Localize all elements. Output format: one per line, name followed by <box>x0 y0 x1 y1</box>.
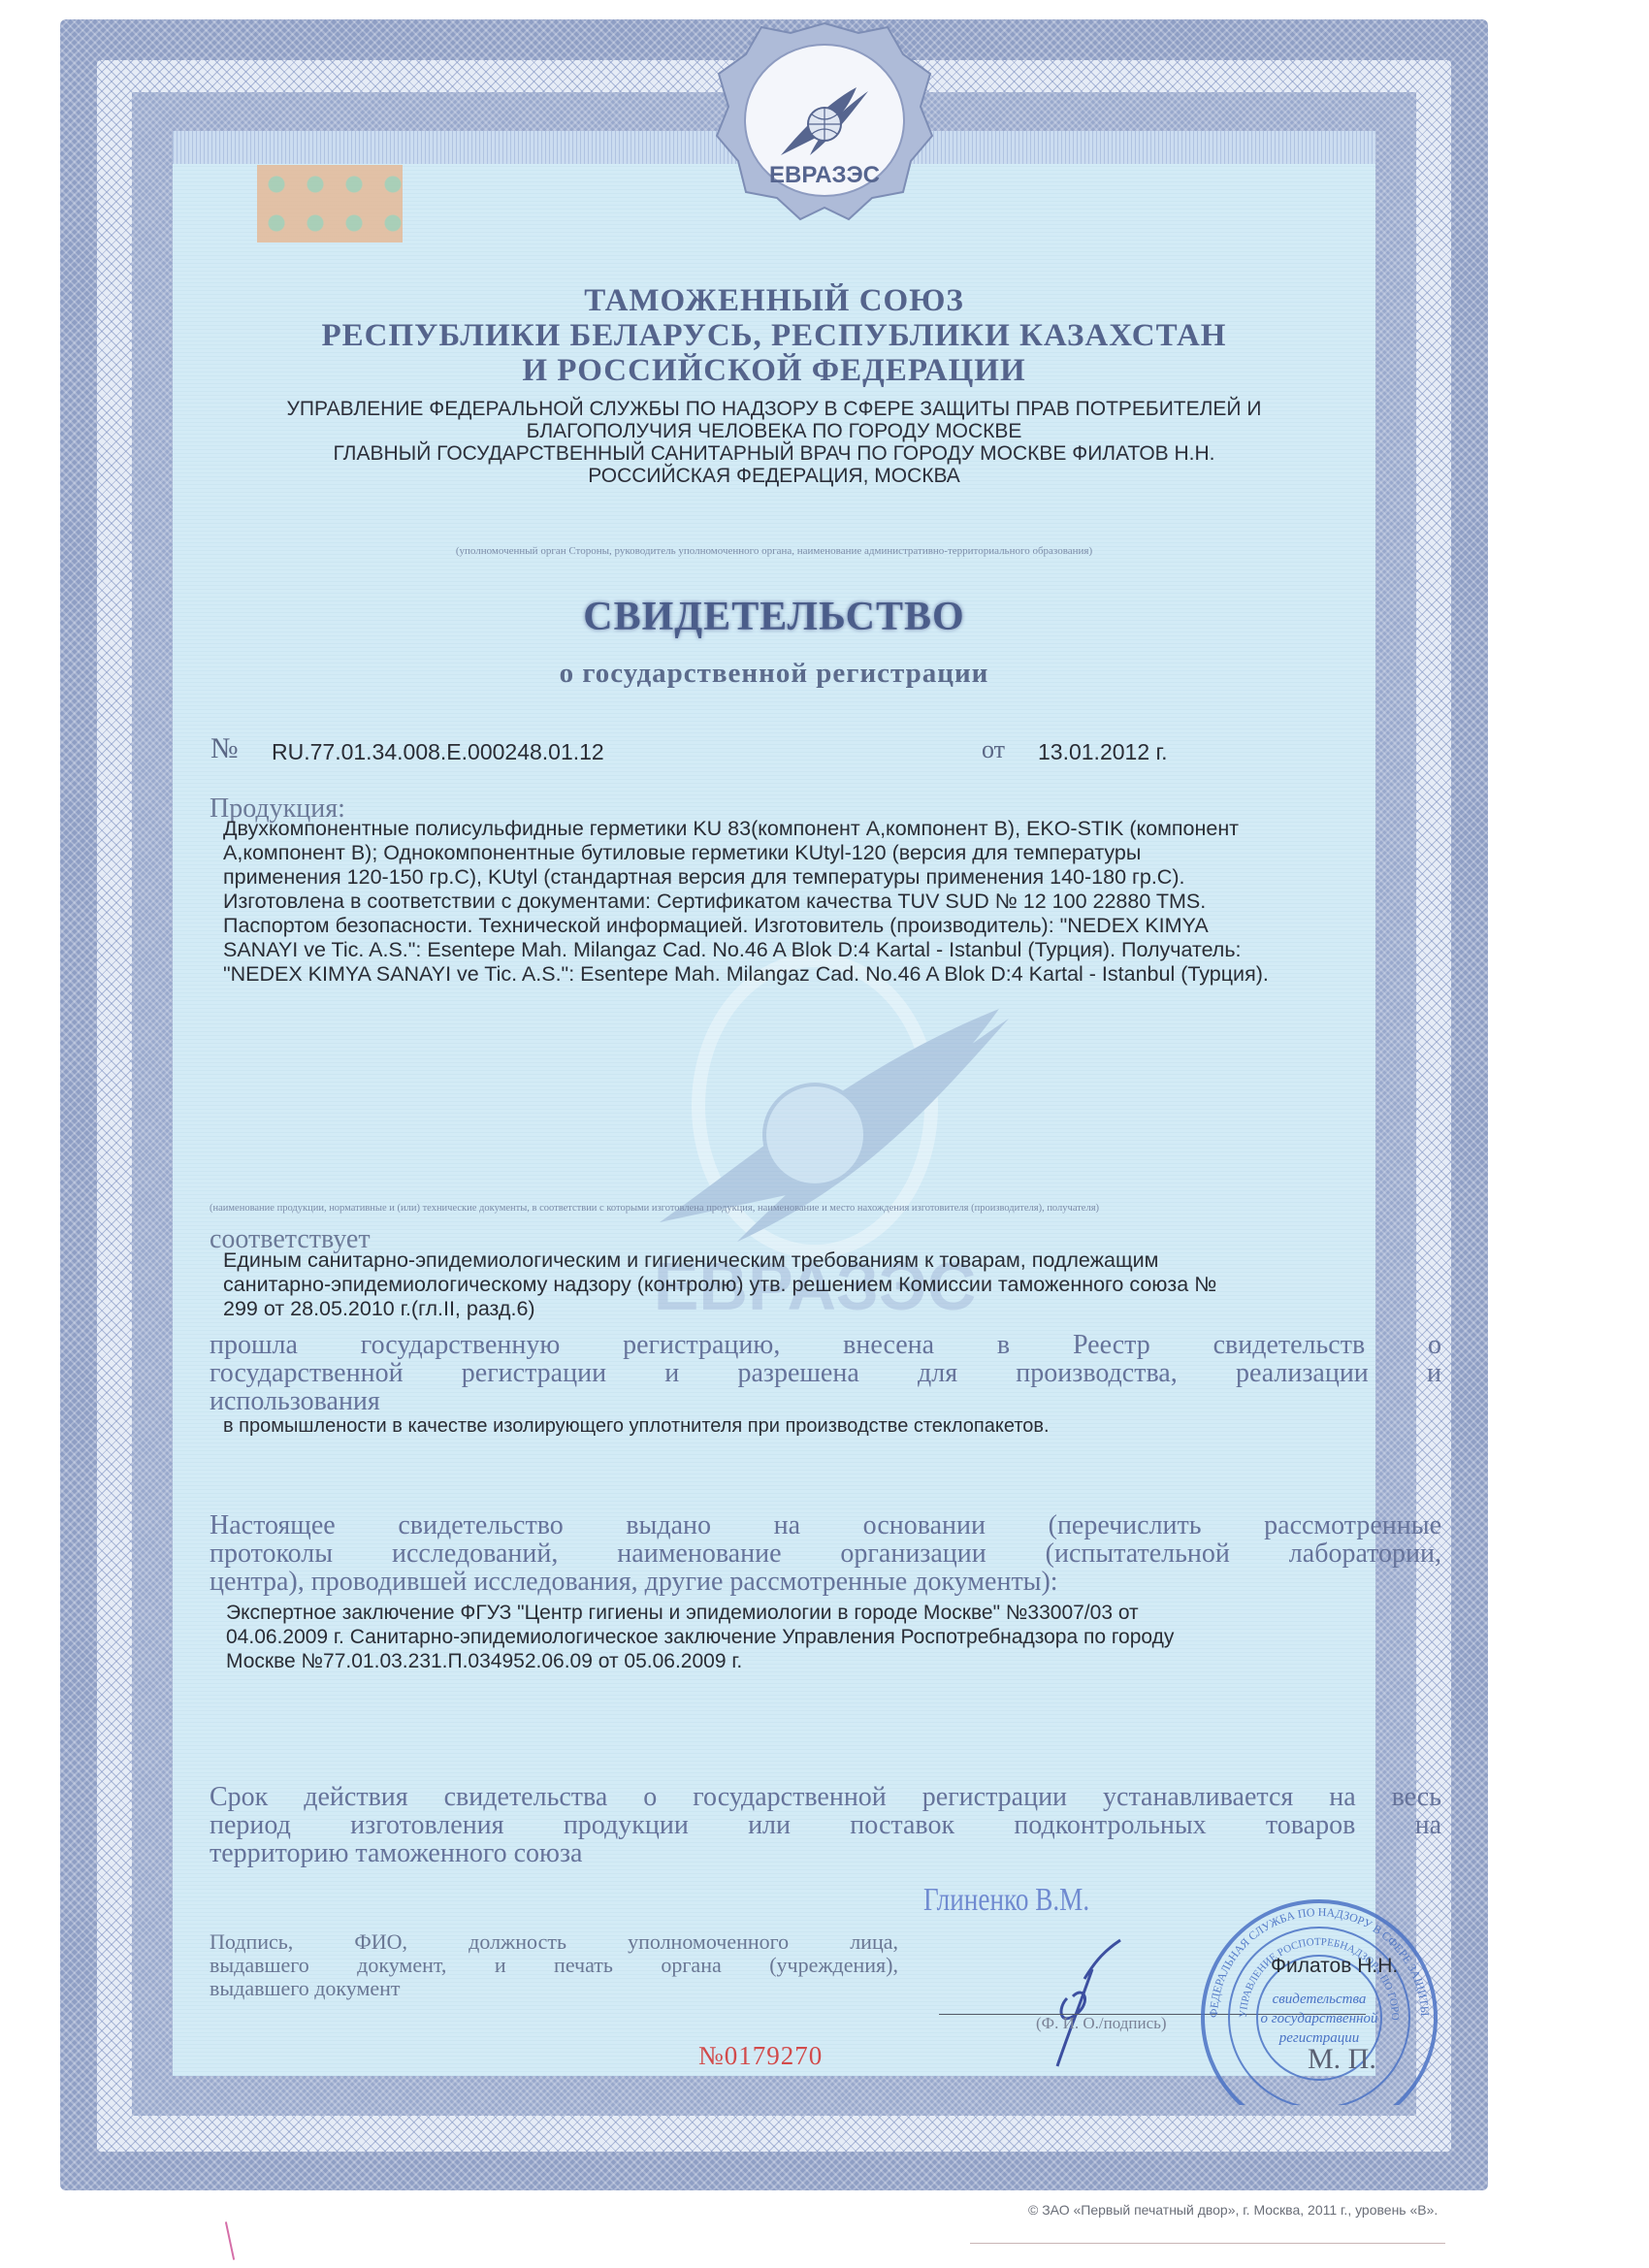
basis-document-line: Экспертное заключение ФГУЗ "Центр гигиен… <box>226 1601 1487 1625</box>
signature-label-line: выдавшего документ <box>210 1977 898 2000</box>
basis-document-line: Москве №77.01.03.231.П.034952.06.09 от 0… <box>226 1649 1487 1673</box>
authority-hint: (уполномоченный орган Стороны, руководит… <box>173 545 1375 557</box>
basis-line: Настоящее свидетельство выдано на основа… <box>210 1511 1441 1539</box>
issuing-authority: УПРАВЛЕНИЕ ФЕДЕРАЛЬНОЙ СЛУЖБЫ ПО НАДЗОРУ… <box>173 398 1375 487</box>
product-line: Паспортом безопасности. Технической инфо… <box>223 914 1484 938</box>
basis-statement: Настоящее свидетельство выдано на основа… <box>210 1511 1441 1596</box>
fio-hint: (Ф. И. О./подпись) <box>1036 2014 1167 2033</box>
compliance-text: Единым санитарно-эпидемиологическим и ги… <box>223 1248 1484 1321</box>
product-line: SANAYI ve Tic. A.S.": Esentepe Mah. Mila… <box>223 938 1484 962</box>
basis-document-line: 04.06.2009 г. Санитарно-эпидемиологическ… <box>226 1625 1487 1649</box>
registration-line: государственной регистрации и разрешена … <box>210 1359 1441 1387</box>
number-sign: № <box>210 732 239 765</box>
customs-union-heading: ТАМОЖЕННЫЙ СОЮЗ РЕСПУБЛИКИ БЕЛАРУСЬ, РЕС… <box>173 283 1375 388</box>
product-line: Двухкомпонентные полисульфидные герметик… <box>223 817 1484 841</box>
heading-line: И РОССИЙСКОЙ ФЕДЕРАЦИИ <box>173 353 1375 388</box>
eurasec-emblem-icon: ЕВРАЗЭС <box>713 19 936 223</box>
signer-name: Филатов Н.Н. <box>1271 1955 1398 1978</box>
pen-mark <box>225 2221 235 2260</box>
hologram-sticker <box>257 165 403 243</box>
seal-place: М. П. <box>1308 2043 1376 2076</box>
registration-line: прошла государственную регистрацию, внес… <box>210 1331 1441 1359</box>
validity-line: период изготовления продукции или постав… <box>210 1811 1441 1839</box>
certificate-number: RU.77.01.34.008.E.000248.01.12 <box>272 739 604 765</box>
authority-line: БЛАГОПОЛУЧИЯ ЧЕЛОВЕКА ПО ГОРОДУ МОСКВЕ <box>173 420 1375 442</box>
date-prefix: от <box>982 735 1005 764</box>
page-edge-line <box>970 2243 1445 2244</box>
compliance-line: Единым санитарно-эпидемиологическим и ги… <box>223 1248 1484 1273</box>
basis-line: центра), проводившей исследования, други… <box>210 1568 1441 1596</box>
compliance-line: санитарно-эпидемиологическому надзору (к… <box>223 1273 1484 1297</box>
printer-imprint: © ЗАО «Первый печатный двор», г. Москва,… <box>1028 2202 1438 2218</box>
certificate-subtitle: о государственной регистрации <box>173 658 1375 690</box>
basis-line: протоколы исследований, наименование орг… <box>210 1539 1441 1568</box>
basis-documents: Экспертное заключение ФГУЗ "Центр гигиен… <box>226 1601 1487 1673</box>
signature-label-line: выдавшего документ, и печать органа (учр… <box>210 1954 898 1977</box>
product-line: "NEDEX KIMYA SANAYI ve Tic. A.S.": Esent… <box>223 962 1484 987</box>
svg-text:свидетельства: свидетельства <box>1273 1992 1367 2007</box>
product-line: А,компонент В); Однокомпонентные бутилов… <box>223 841 1484 865</box>
validity-statement: Срок действия свидетельства о государств… <box>210 1783 1441 1867</box>
product-line: Изготовлена в соответствии с документами… <box>223 890 1484 914</box>
usage-scope: в промышлености в качестве изолирующего … <box>223 1414 1050 1439</box>
svg-text:о государственной: о государственной <box>1261 2011 1378 2026</box>
stamped-name: Глиненко В.М. <box>923 1882 1089 1919</box>
certificate-title: СВИДЕТЕЛЬСТВО <box>173 594 1375 640</box>
handwritten-signature-icon <box>1038 1930 1135 2086</box>
authority-line: ГЛАВНЫЙ ГОСУДАРСТВЕННЫЙ САНИТАРНЫЙ ВРАЧ … <box>173 442 1375 465</box>
heading-line: ТАМОЖЕННЫЙ СОЮЗ <box>173 283 1375 318</box>
compliance-line: 299 от 28.05.2010 г.(гл.II, разд.6) <box>223 1297 1484 1321</box>
registration-line: использования <box>210 1387 1441 1415</box>
signature-label-line: Подпись, ФИО, должность уполномоченного … <box>210 1930 898 1954</box>
validity-line: территорию таможенного союза <box>210 1839 1441 1867</box>
form-number: №0179270 <box>698 2041 823 2071</box>
authority-line: УПРАВЛЕНИЕ ФЕДЕРАЛЬНОЙ СЛУЖБЫ ПО НАДЗОРУ… <box>173 398 1375 420</box>
signature-label: Подпись, ФИО, должность уполномоченного … <box>210 1930 898 2000</box>
product-line: применения 120-150 гр.С), KUtyl (стандар… <box>223 865 1484 890</box>
heading-line: РЕСПУБЛИКИ БЕЛАРУСЬ, РЕСПУБЛИКИ КАЗАХСТА… <box>173 318 1375 353</box>
product-description: Двухкомпонентные полисульфидные герметик… <box>223 817 1484 987</box>
validity-line: Срок действия свидетельства о государств… <box>210 1783 1441 1811</box>
svg-text:ЕВРАЗЭС: ЕВРАЗЭС <box>769 162 880 188</box>
authority-line: РОССИЙСКАЯ ФЕДЕРАЦИЯ, МОСКВА <box>173 465 1375 487</box>
product-hint: (наименование продукции, нормативные и (… <box>210 1203 1471 1214</box>
registration-statement: прошла государственную регистрацию, внес… <box>210 1331 1441 1415</box>
certificate-date: 13.01.2012 г. <box>1038 739 1167 765</box>
